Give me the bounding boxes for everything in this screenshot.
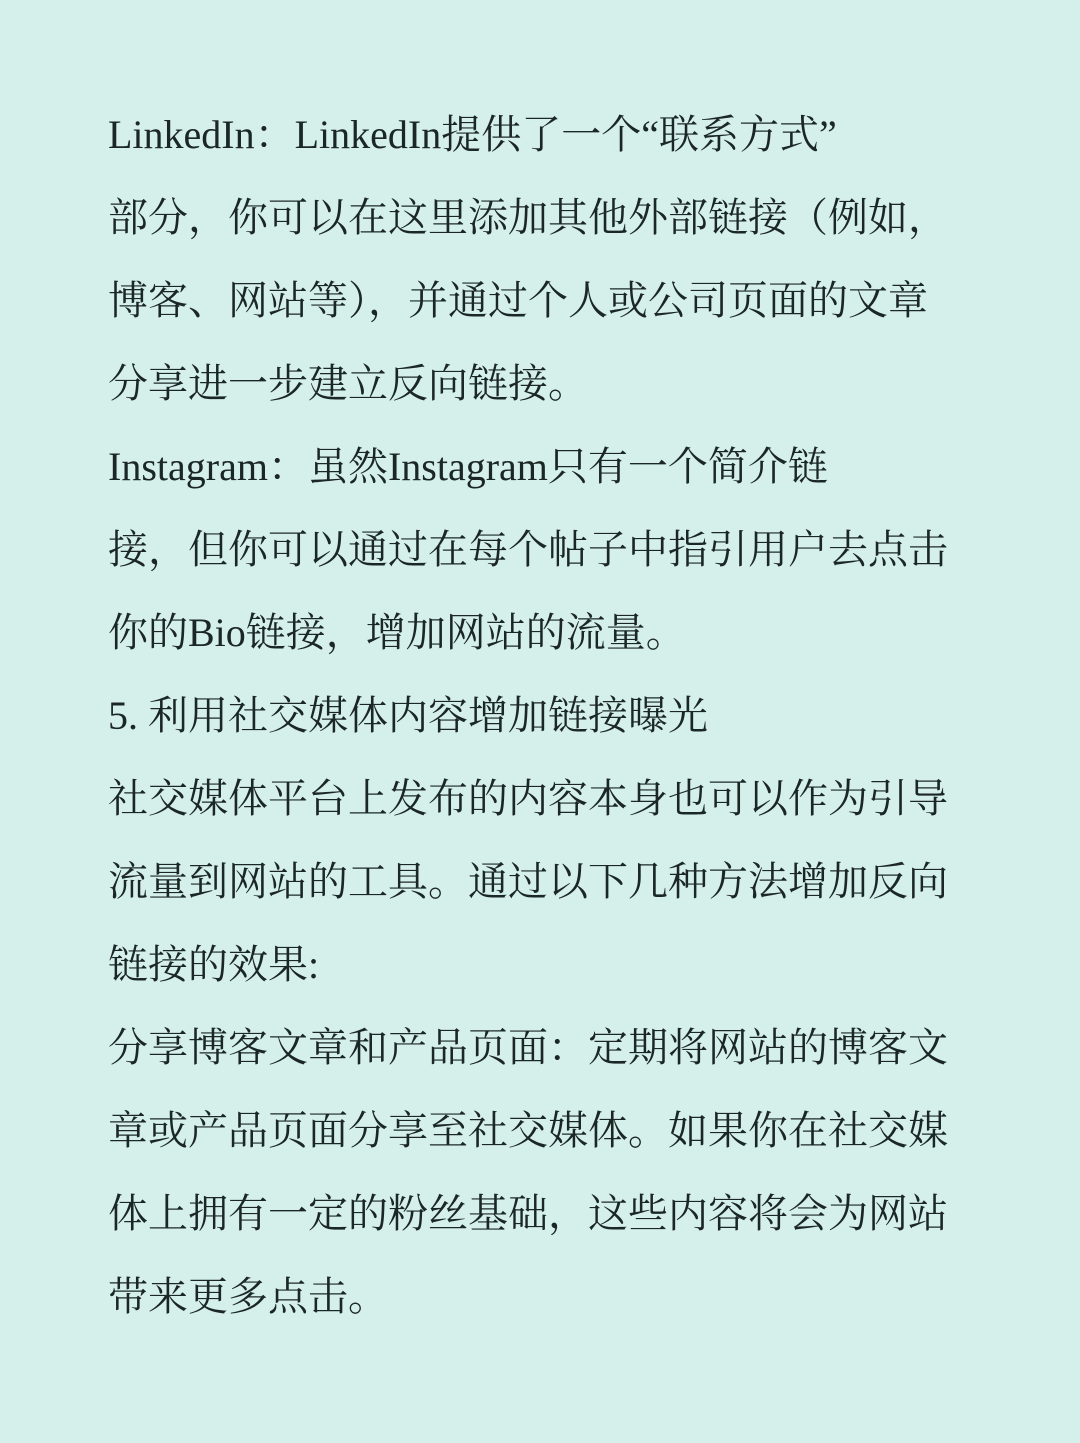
text-line: 链接的效果: — [108, 923, 965, 1006]
text-line: 博客、网站等），并通过个人或公司页面的文章 — [108, 259, 965, 342]
text-line: 分享博客文章和产品页面：定期将网站的博客文 — [108, 1006, 965, 1089]
text-line: 章或产品页面分享至社交媒体。如果你在社交媒 — [108, 1089, 965, 1172]
text-line: 体上拥有一定的粉丝基础，这些内容将会为网站 — [108, 1172, 965, 1255]
text-line: 社交媒体平台上发布的内容本身也可以作为引导 — [108, 757, 965, 840]
section-heading: 5. 利用社交媒体内容增加链接曝光 — [108, 674, 965, 757]
text-line: 流量到网站的工具。通过以下几种方法增加反向 — [108, 840, 965, 923]
text-line: Instagram：虽然Instagram只有一个简介链 — [108, 425, 965, 508]
text-line: 分享进一步建立反向链接。 — [108, 342, 965, 425]
text-line: LinkedIn：LinkedIn提供了一个“联系方式” — [108, 93, 965, 176]
article-page: LinkedIn：LinkedIn提供了一个“联系方式” 部分，你可以在这里添加… — [0, 0, 1080, 1443]
text-line: 接，但你可以通过在每个帖子中指引用户去点击 — [108, 508, 965, 591]
text-line: 部分，你可以在这里添加其他外部链接（例如， — [108, 176, 965, 259]
text-line: 你的Bio链接，增加网站的流量。 — [108, 591, 965, 674]
text-line: 带来更多点击。 — [108, 1255, 965, 1338]
